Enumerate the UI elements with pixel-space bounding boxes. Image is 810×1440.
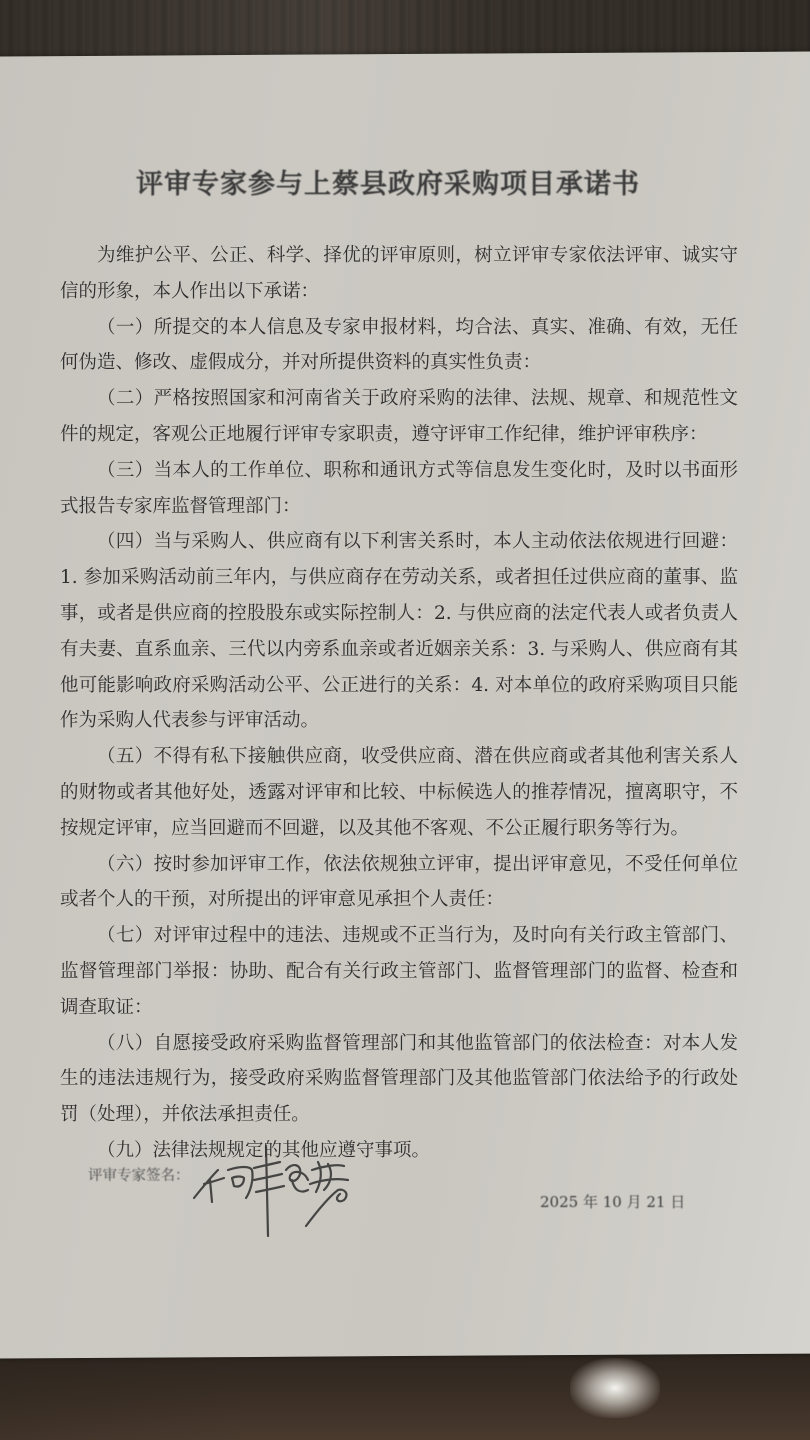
commitment-letter: 评审专家参与上蔡县政府采购项目承诺书 为维护公平、公正、科学、择优的评审原则，树…	[0, 0, 810, 1440]
paragraph-item-5: （五）不得有私下接触供应商，收受供应商、潜在供应商或者其他利害关系人的财物或者其…	[60, 739, 738, 846]
signature-label: 评审专家签名：	[88, 1164, 190, 1185]
signature-date: 2025 年 10 月 21 日	[540, 1191, 685, 1212]
signature-row: 评审专家签名：	[88, 1140, 728, 1240]
handwritten-signature-icon	[188, 1140, 368, 1240]
paragraph-item-8: （八）自愿接受政府采购监督管理部门和其他监管部门的依法检查：对本人发生的违法违规…	[60, 1026, 738, 1133]
paragraph-item-7: （七）对评审过程中的违法、违规或不正当行为，及时向有关行政主管部门、监督管理部门…	[60, 918, 738, 1025]
paragraph-item-6: （六）按时参加评审工作，依法依规独立评审，提出评审意见，不受任何单位或者个人的干…	[60, 847, 738, 919]
paragraph-item-4: （四）当与采购人、供应商有以下利害关系时，本人主动依法依规进行回避：1. 参加采…	[60, 524, 738, 739]
document-body: 为维护公平、公正、科学、择优的评审原则，树立评审专家依法评审、诚实守信的形象，本…	[60, 238, 738, 1169]
paragraph-intro: 为维护公平、公正、科学、择优的评审原则，树立评审专家依法评审、诚实守信的形象，本…	[60, 238, 738, 310]
document-title: 评审专家参与上蔡县政府采购项目承诺书	[136, 162, 696, 201]
paragraph-item-3: （三）当本人的工作单位、职称和通讯方式等信息发生变化时，及时以书面形式报告专家库…	[60, 453, 738, 525]
paragraph-item-1: （一）所提交的本人信息及专家申报材料，均合法、真实、准确、有效，无任何伪造、修改…	[60, 310, 738, 382]
paragraph-item-2: （二）严格按照国家和河南省关于政府采购的法律、法规、规章、和规范性文件的规定，客…	[60, 381, 738, 453]
